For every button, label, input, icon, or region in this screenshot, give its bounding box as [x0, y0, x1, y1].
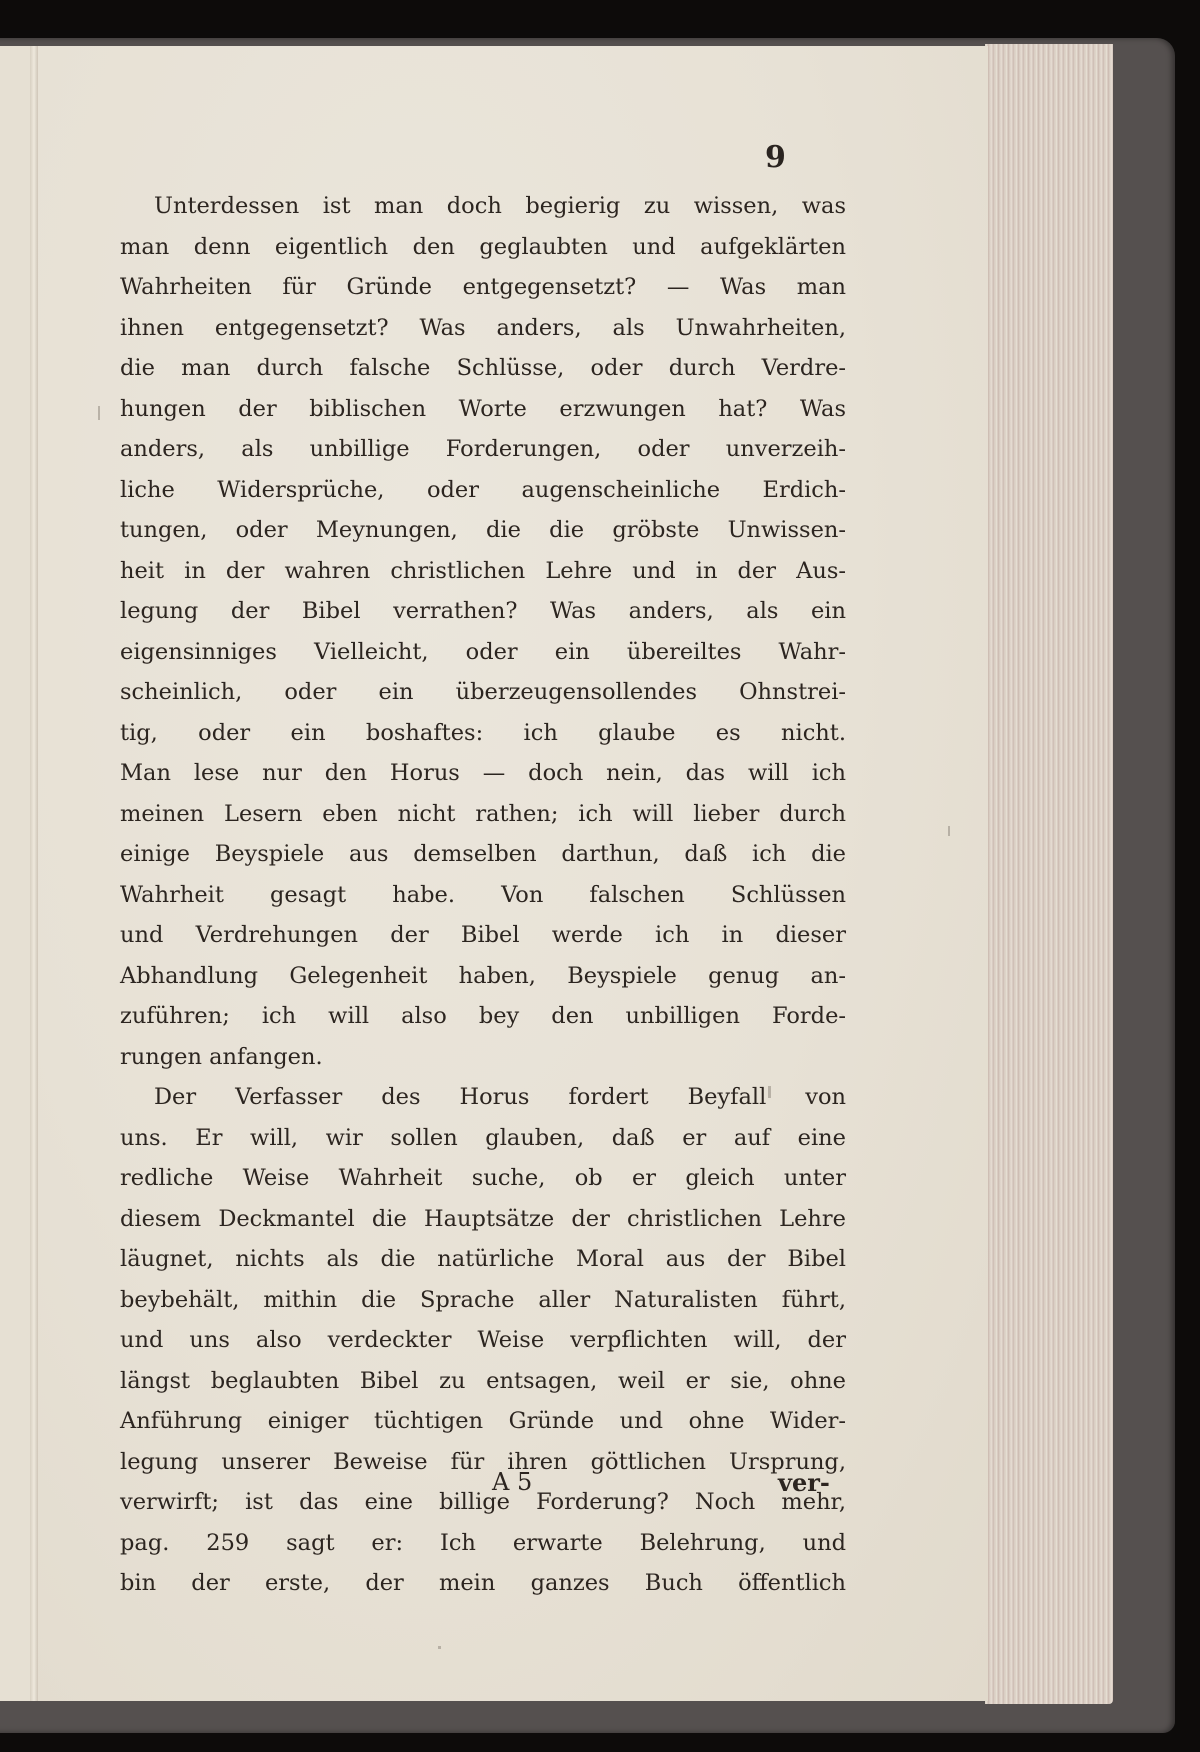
text-line: beybehält, mithin die Sprache aller Natu…	[120, 1280, 846, 1321]
text-line: Abhandlung Gelegenheit haben, Beyspiele …	[120, 956, 846, 997]
catchword: ver-	[778, 1468, 830, 1497]
body-text: Unterdessen ist man doch begierig zu wis…	[120, 186, 846, 1604]
text-line: hungen der biblischen Worte erzwungen ha…	[120, 389, 846, 430]
text-line: und uns also verdeckter Weise verpflicht…	[120, 1320, 846, 1361]
text-line: eigensinniges Vielleicht, oder ein übere…	[120, 632, 846, 673]
text-line: Wahrheit gesagt habe. Von falschen Schlü…	[120, 875, 846, 916]
text-line: Der Verfasser des Horus fordert Beyfall …	[120, 1077, 846, 1118]
text-line: Wahrheiten für Gründe entgegensetzt? — W…	[120, 267, 846, 308]
text-line: einige Beyspiele aus demselben darthun, …	[120, 834, 846, 875]
text-line: und Verdrehungen der Bibel werde ich in …	[120, 915, 846, 956]
text-line: liche Widersprüche, oder augenscheinlich…	[120, 470, 846, 511]
text-line: läugnet, nichts als die natürliche Moral…	[120, 1239, 846, 1280]
text-line: heit in der wahren christlichen Lehre un…	[120, 551, 846, 592]
text-line: man denn eigentlich den geglaubten und a…	[120, 227, 846, 268]
text-line: zuführen; ich will also bey den unbillig…	[120, 996, 846, 1037]
text-line: pag. 259 sagt er: Ich erwarte Belehrung,…	[120, 1523, 846, 1564]
text-line: uns. Er will, wir sollen glauben, daß er…	[120, 1118, 846, 1159]
text-line: legung der Bibel verrathen? Was anders, …	[120, 591, 846, 632]
text-line: tig, oder ein boshaftes: ich glaube es n…	[120, 713, 846, 754]
text-line: diesem Deckmantel die Hauptsätze der chr…	[120, 1199, 846, 1240]
text-line: verwirft; ist das eine billige Forderung…	[120, 1482, 846, 1523]
text-line: meinen Lesern eben nicht rathen; ich wil…	[120, 794, 846, 835]
page-edges	[985, 44, 1113, 1704]
signature-mark: A 5	[492, 1468, 532, 1496]
page-number: 9	[765, 140, 786, 175]
text-line: legung unserer Beweise für ihren göttlic…	[120, 1442, 846, 1483]
text-line: bin der erste, der mein ganzes Buch öffe…	[120, 1563, 846, 1604]
page-gutter-fold	[30, 46, 38, 1701]
text-line: rungen anfangen.	[120, 1037, 846, 1078]
text-line: Man lese nur den Horus — doch nein, das …	[120, 753, 846, 794]
text-line: scheinlich, oder ein überzeugensollendes…	[120, 672, 846, 713]
text-line: längst beglaubten Bibel zu entsagen, wei…	[120, 1361, 846, 1402]
text-line: Anführung einiger tüchtigen Gründe und o…	[120, 1401, 846, 1442]
text-line: ihnen entgegensetzt? Was anders, als Unw…	[120, 308, 846, 349]
text-line: tungen, oder Meynungen, die die gröbste …	[120, 510, 846, 551]
text-line: redliche Weise Wahrheit suche, ob er gle…	[120, 1158, 846, 1199]
text-line: Unterdessen ist man doch begierig zu wis…	[120, 186, 846, 227]
text-line: anders, als unbillige Forderungen, oder …	[120, 429, 846, 470]
text-line: die man durch falsche Schlüsse, oder dur…	[120, 348, 846, 389]
